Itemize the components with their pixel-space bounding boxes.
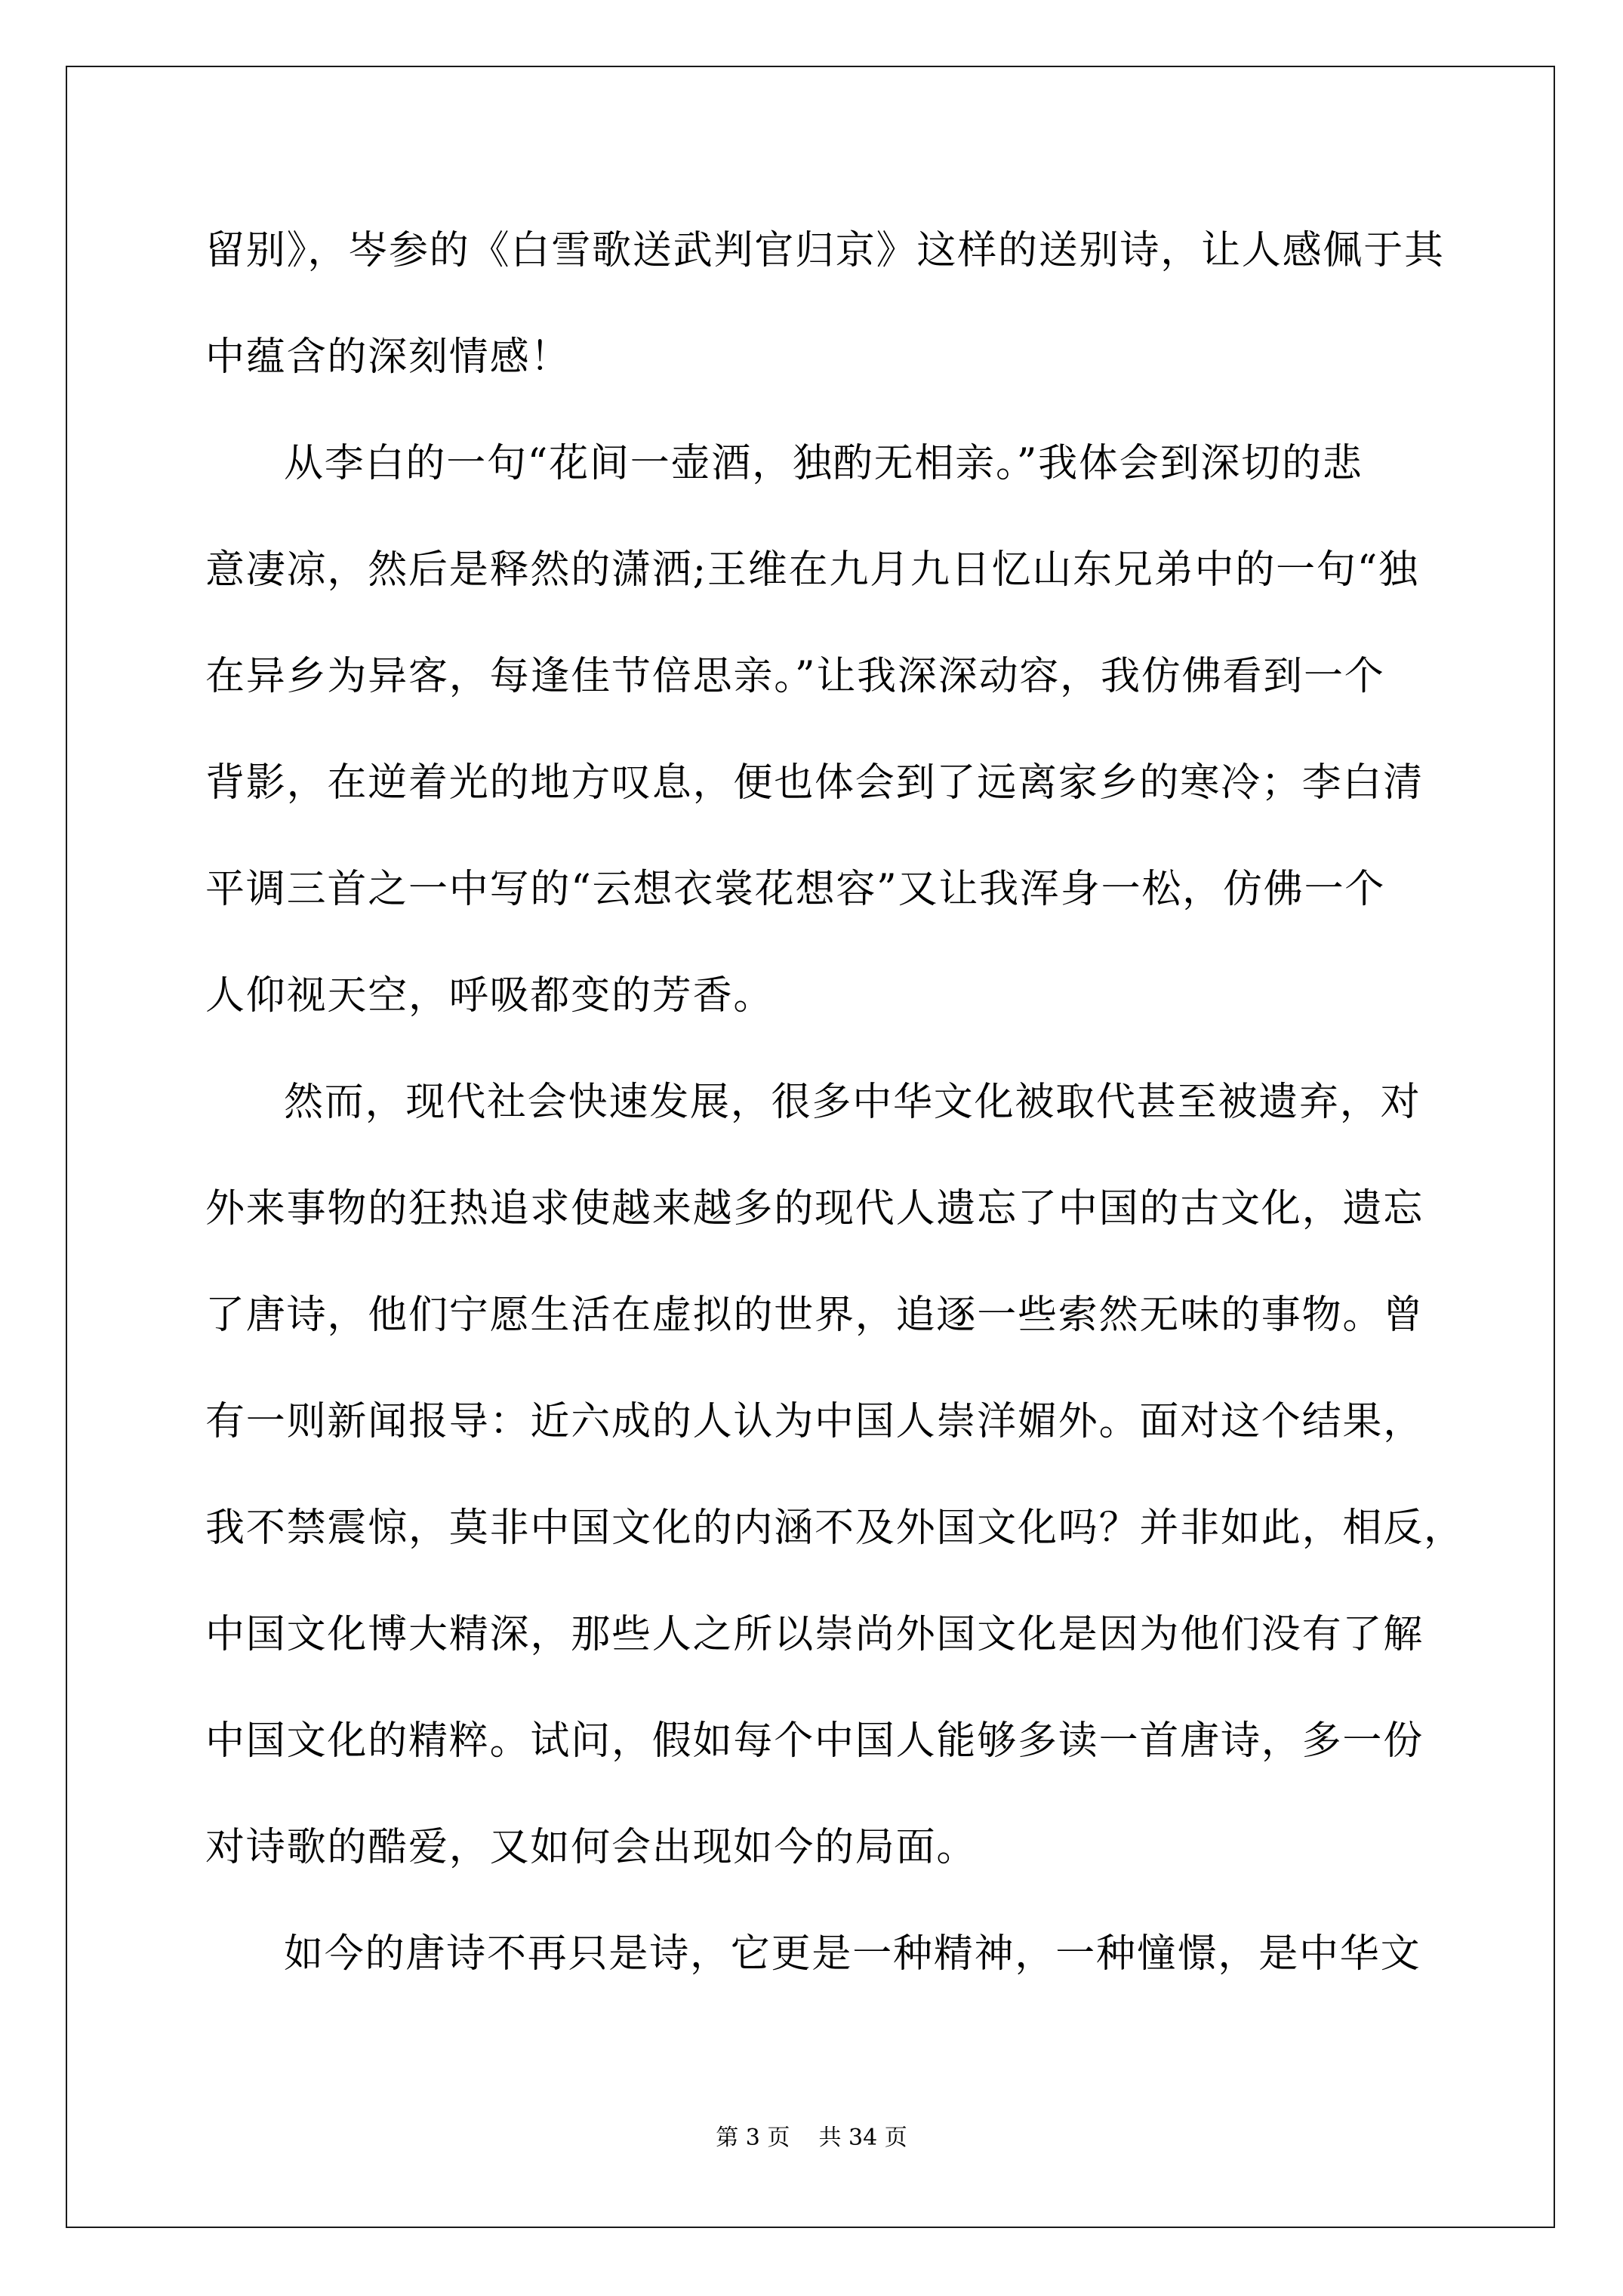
text-line: 了唐诗，他们宁愿生活在虚拟的世界，追逐一些索然无味的事物。曾 — [205, 1285, 1436, 1391]
text-line: 外来事物的狂热追求使越来越多的现代人遗忘了中国的古文化，遗忘 — [205, 1179, 1436, 1285]
text-line: 对诗歌的酷爱，又如何会出现如今的局面。 — [205, 1817, 1436, 1924]
page-number-footer: 第 3 页 共 34 页 — [0, 2123, 1623, 2153]
text-line: 平调三首之一中写的“云想衣裳花想容”又让我浑身一松，仿佛一个 — [205, 859, 1436, 966]
text-line: 意凄凉，然后是释然的潇洒;王维在九月九日忆山东兄弟中的一句“独 — [205, 540, 1436, 646]
text-line-paragraph-start: 如今的唐诗不再只是诗，它更是一种精神，一种憧憬，是中华文 — [205, 1924, 1436, 2030]
text-line: 留别》，岑参的《白雪歌送武判官归京》这样的送别诗，让人感佩于其 — [205, 220, 1436, 327]
text-line-paragraph-start: 然而，现代社会快速发展，很多中华文化被取代甚至被遗弃，对 — [205, 1072, 1436, 1179]
text-line: 我不禁震惊，莫非中国文化的内涵不及外国文化吗？并非如此，相反， — [205, 1498, 1436, 1604]
text-line: 中国文化博大精深，那些人之所以崇尚外国文化是因为他们没有了解 — [205, 1604, 1436, 1711]
text-line: 有一则新闻报导：近六成的人认为中国人崇洋媚外。面对这个结果， — [205, 1391, 1436, 1498]
text-line-paragraph-start: 从李白的一句“花间一壶酒，独酌无相亲。”我体会到深切的悲 — [205, 433, 1436, 540]
text-line: 中国文化的精粹。试问，假如每个中国人能够多读一首唐诗，多一份 — [205, 1711, 1436, 1817]
text-line: 背影，在逆着光的地方叹息，便也体会到了远离家乡的寒冷；李白清 — [205, 753, 1436, 859]
text-line: 人仰视天空，呼吸都变的芳香。 — [205, 966, 1436, 1072]
text-line: 中蕴含的深刻情感！ — [205, 327, 1436, 433]
text-line: 在异乡为异客，每逢佳节倍思亲。”让我深深动容，我仿佛看到一个 — [205, 646, 1436, 753]
document-body: 留别》，岑参的《白雪歌送武判官归京》这样的送别诗，让人感佩于其 中蕴含的深刻情感… — [205, 220, 1436, 2030]
